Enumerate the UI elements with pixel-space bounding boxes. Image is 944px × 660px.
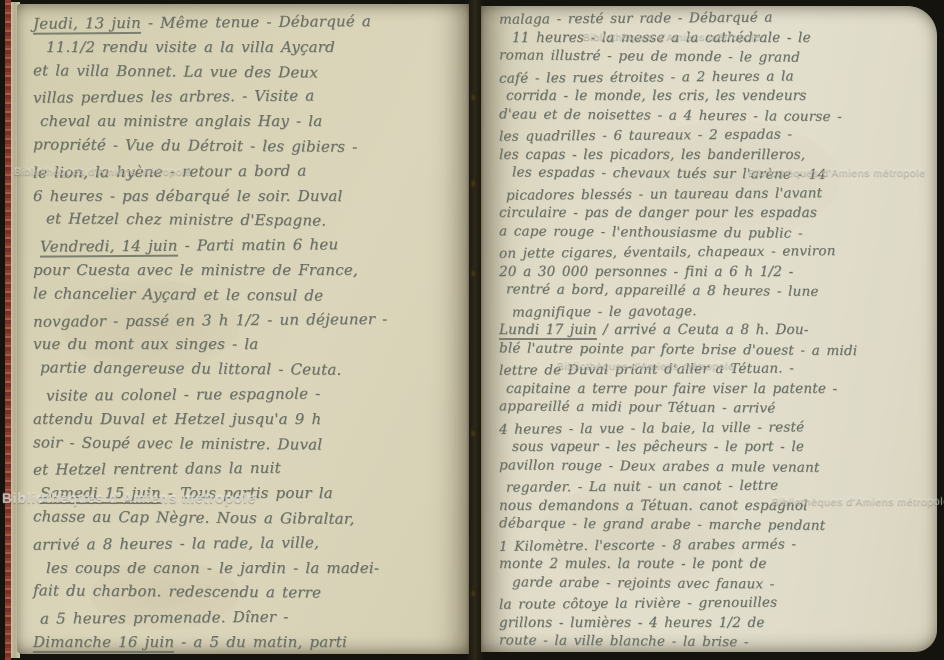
manuscript-line: les quadrilles - 6 taureaux - 2 espadas …: [499, 124, 935, 147]
manuscript-line-text: route - la ville blanche - la brise -: [499, 632, 749, 650]
manuscript-line: propriété - Vue du Détroit - les gibiers…: [33, 132, 463, 160]
library-watermark: Bibliothèques d'Amiens métropole: [14, 166, 192, 178]
manuscript-line: Jeudi, 13 juin - Même tenue - Débarqué a: [33, 8, 463, 36]
manuscript-line-text: pour Cuesta avec le ministre de France,: [33, 261, 358, 279]
manuscript-line-text: propriété - Vue du Détroit - les gibiers…: [33, 135, 358, 156]
manuscript-line-text: 20 a 30 000 personnes - fini a 6 h 1/2 -: [499, 264, 793, 280]
manuscript-line-text: débarque - le grand arabe - marche penda…: [499, 515, 825, 534]
manuscript-line-text: les coups de canon - le jardin - la made…: [46, 559, 379, 577]
manuscript-line: vue du mont aux singes - la: [33, 332, 463, 357]
manuscript-line: 6 heures - pas débarqué le soir. Duval: [33, 184, 463, 209]
library-watermark: Bibliothèques d'Amiens métropole: [772, 496, 944, 508]
manuscript-line: novgador - passé en 3 h 1/2 - un déjeune…: [33, 306, 463, 334]
manuscript-line-text: 4 heures - la vue - la baie, la ville - …: [499, 419, 804, 437]
manuscript-line: 20 a 30 000 personnes - fini a 6 h 1/2 -: [499, 263, 935, 283]
manuscript-line-text: blé l'autre pointe par forte brise d'oue…: [499, 340, 857, 359]
manuscript-line: magnifique - le gavotage.: [512, 300, 935, 323]
manuscript-line-text: café - les rues étroites - a 2 heures a …: [499, 68, 794, 86]
manuscript-line-text: - Parti matin 6 heu: [178, 235, 339, 254]
manuscript-line-text: malaga - resté sur rade - Débarqué a: [499, 10, 773, 28]
manuscript-line: circulaire - pas de danger pour les espa…: [499, 204, 935, 224]
manuscript-line: Dimanche 16 juin - a 5 du matin, parti: [33, 630, 463, 655]
manuscript-line-text: roman illustré - peu de monde - le grand: [499, 47, 800, 65]
manuscript-line-text: appareillé a midi pour Tétuan - arrivé: [499, 398, 776, 416]
manuscript-line-text: visite au colonel - rue espagnole -: [46, 384, 321, 404]
manuscript-line-text: vue du mont aux singes - la: [33, 335, 258, 353]
manuscript-line: cheval au ministre anglais Hay - la: [40, 109, 463, 134]
manuscript-line-text: attendu Duval et Hetzel jusqu'a 9 h: [33, 410, 321, 428]
binding-stitch: [470, 92, 477, 103]
manuscript-line-text: regarder. - La nuit - un canot - lettre: [506, 478, 778, 496]
manuscript-line-text: nous demandons a Tétuan. canot espagnol: [499, 498, 808, 514]
manuscript-line: fait du charbon. redescendu a terre: [33, 579, 463, 607]
manuscript-line: café - les rues étroites - a 2 heures a …: [499, 66, 935, 89]
manuscript-line-text: la route côtoye la rivière - grenouilles: [499, 595, 777, 613]
manuscript-line: route - la ville blanche - la brise -: [499, 631, 935, 654]
manuscript-line: le chancelier Ayçard et le consul de: [33, 281, 463, 309]
manuscript-line: la route côtoye la rivière - grenouilles: [499, 592, 935, 615]
manuscript-line-text: sous vapeur - les pêcheurs - le port - l…: [512, 439, 804, 455]
manuscript-line: 1 Kilomètre. l'escorte - 8 arabes armés …: [499, 534, 935, 557]
manuscript-line-text: et Hetzel rentrent dans la nuit: [33, 459, 281, 479]
manuscript-line: attendu Duval et Hetzel jusqu'a 9 h: [33, 407, 463, 432]
binding-stitch: [470, 178, 477, 189]
manuscript-line-text: circulaire - pas de danger pour les espa…: [499, 205, 817, 221]
date-heading-underlined: Lundi 17 juin: [499, 322, 597, 340]
manuscript-line-text: capitaine a terre pour faire viser la pa…: [506, 381, 837, 397]
manuscript-line-text: a 5 heures promenade. Dîner -: [40, 608, 289, 628]
left-page-text: Jeudi, 13 juin - Même tenue - Débarqué a…: [33, 10, 463, 655]
manuscript-line-text: grillons - lumières - 4 heures 1/2 de: [499, 615, 765, 631]
manuscript-line-text: le chancelier Ayçard et le consul de: [33, 284, 323, 304]
manuscript-line-text: novgador - passé en 3 h 1/2 - un déjeune…: [33, 309, 388, 330]
manuscript-line-text: magnifique - le gavotage.: [512, 303, 697, 320]
manuscript-line: sous vapeur - les pêcheurs - le port - l…: [512, 438, 935, 458]
manuscript-line-text: les capas - les picadors, les banderille…: [499, 147, 805, 163]
manuscript-line: on jette cigares, éventails, chapeaux - …: [499, 241, 935, 264]
binding-stitch: [470, 268, 477, 279]
manuscript-line-text: on jette cigares, éventails, chapeaux - …: [499, 243, 836, 262]
manuscript-line: a 5 heures promenade. Dîner -: [40, 603, 463, 631]
manuscript-line: et Hetzel rentrent dans la nuit: [33, 455, 463, 483]
manuscript-line-text: a cape rouge - l'enthousiasme du public …: [499, 223, 803, 241]
manuscript-line: pour Cuesta avec le ministre de France,: [33, 258, 463, 283]
manuscript-line: 11.1/2 rendu visite a la villa Ayçard: [46, 35, 463, 60]
binding-stitch: [470, 588, 477, 599]
library-watermark: Bibliothèques d'Amiens métropole: [583, 31, 761, 43]
manuscript-line: roman illustré - peu de monde - le grand: [499, 46, 935, 69]
manuscript-line-text: partie dangereuse du littoral - Ceuta.: [40, 358, 342, 378]
manuscript-line: arrivé a 8 heures - la rade, la ville,: [33, 529, 463, 557]
manuscript-line-text: villas perdues les arbres. - Visite a: [33, 87, 315, 107]
manuscript-line: monte 2 mules. la route - le pont de: [499, 555, 935, 575]
manuscript-line-text: et la villa Bonnet. La vue des Deux: [33, 61, 318, 81]
notebook-scan: Jeudi, 13 juin - Même tenue - Débarqué a…: [0, 0, 944, 660]
manuscript-line-text: / arrivé a Ceuta a 8 h. Dou-: [597, 322, 809, 338]
manuscript-line-text: cheval au ministre anglais Hay - la: [40, 112, 322, 130]
manuscript-line: Vendredi, 14 juin - Parti matin 6 heu: [40, 232, 463, 260]
manuscript-line: capitaine a terre pour faire viser la pa…: [506, 380, 935, 400]
manuscript-line: chasse au Cap Nègre. Nous a Gibraltar,: [33, 504, 463, 532]
manuscript-line: villas perdues les arbres. - Visite a: [33, 83, 463, 111]
manuscript-line-text: chasse au Cap Nègre. Nous a Gibraltar,: [33, 507, 355, 528]
manuscript-line-text: - a 5 du matin, parti: [174, 633, 347, 651]
manuscript-line-text: rentré a bord, appareillé a 8 heures - l…: [506, 281, 819, 299]
manuscript-line: rentré a bord, appareillé a 8 heures - l…: [506, 280, 935, 303]
manuscript-line: appareillé a midi pour Tétuan - arrivé: [499, 397, 935, 420]
manuscript-line: débarque - le grand arabe - marche penda…: [499, 514, 935, 537]
library-watermark: Bibliothèques d'Amiens métropole: [557, 360, 735, 372]
manuscript-line-text: picadores blessés - un taureau dans l'av…: [506, 185, 822, 203]
manuscript-line: soir - Soupé avec le ministre. Duval: [33, 430, 463, 458]
manuscript-line-text: corrida - le monde, les cris, les vendeu…: [506, 88, 807, 104]
manuscript-line-text: arrivé a 8 heures - la rade, la ville,: [33, 533, 319, 553]
binding-stitch: [470, 428, 477, 439]
manuscript-line-text: - Même tenue - Débarqué a: [141, 12, 371, 32]
manuscript-line: partie dangereuse du littoral - Ceuta.: [40, 355, 463, 383]
manuscript-line-text: monte 2 mules. la route - le pont de: [499, 556, 767, 572]
manuscript-line: les capas - les picadors, les banderille…: [499, 146, 935, 166]
manuscript-line-text: fait du charbon. redescendu a terre: [33, 582, 321, 602]
manuscript-line-text: soir - Soupé avec le ministre. Duval: [33, 433, 322, 453]
date-heading-underlined: Dimanche 16 juin: [33, 633, 174, 653]
manuscript-line: malaga - resté sur rade - Débarqué a: [499, 7, 935, 30]
manuscript-line: Lundi 17 juin / arrivé a Ceuta a 8 h. Do…: [499, 321, 935, 341]
manuscript-line: 4 heures - la vue - la baie, la ville - …: [499, 417, 935, 440]
right-page-text: malaga - resté sur rade - Débarqué a11 h…: [499, 9, 935, 653]
manuscript-line-text: les quadrilles - 6 taureaux - 2 espadas …: [499, 126, 792, 144]
manuscript-line-text: pavillon rouge - Deux arabes a mule vena…: [499, 457, 820, 476]
manuscript-line-text: et Hetzel chez ministre d'Espagne.: [46, 210, 326, 230]
manuscript-line: visite au colonel - rue espagnole -: [46, 380, 463, 408]
manuscript-line: et Hetzel chez ministre d'Espagne.: [46, 207, 463, 235]
manuscript-line: picadores blessés - un taureau dans l'av…: [506, 183, 935, 206]
manuscript-line: regarder. - La nuit - un canot - lettre: [506, 475, 935, 498]
manuscript-line-text: d'eau et de noisettes - a 4 heures - la …: [499, 106, 842, 125]
date-heading-underlined: Vendredi, 14 juin: [40, 237, 178, 258]
manuscript-line-text: garde arabe - rejoints avec fanaux -: [512, 574, 775, 592]
manuscript-line: grillons - lumières - 4 heures 1/2 de: [499, 614, 935, 634]
library-watermark: Bibliothèques d'Amiens métropole: [748, 167, 926, 179]
manuscript-line: corrida - le monde, les cris, les vendeu…: [506, 87, 935, 107]
date-heading-underlined: Jeudi, 13 juin: [33, 14, 141, 35]
manuscript-line: les coups de canon - le jardin - la made…: [46, 556, 463, 581]
library-watermark: Bibliothèques d'Amiens métropole: [2, 491, 256, 506]
manuscript-line-text: 6 heures - pas débarqué le soir. Duval: [33, 187, 343, 205]
manuscript-line-text: 11.1/2 rendu visite a la villa Ayçard: [46, 38, 335, 56]
manuscript-line-text: 1 Kilomètre. l'escorte - 8 arabes armés …: [499, 536, 796, 554]
